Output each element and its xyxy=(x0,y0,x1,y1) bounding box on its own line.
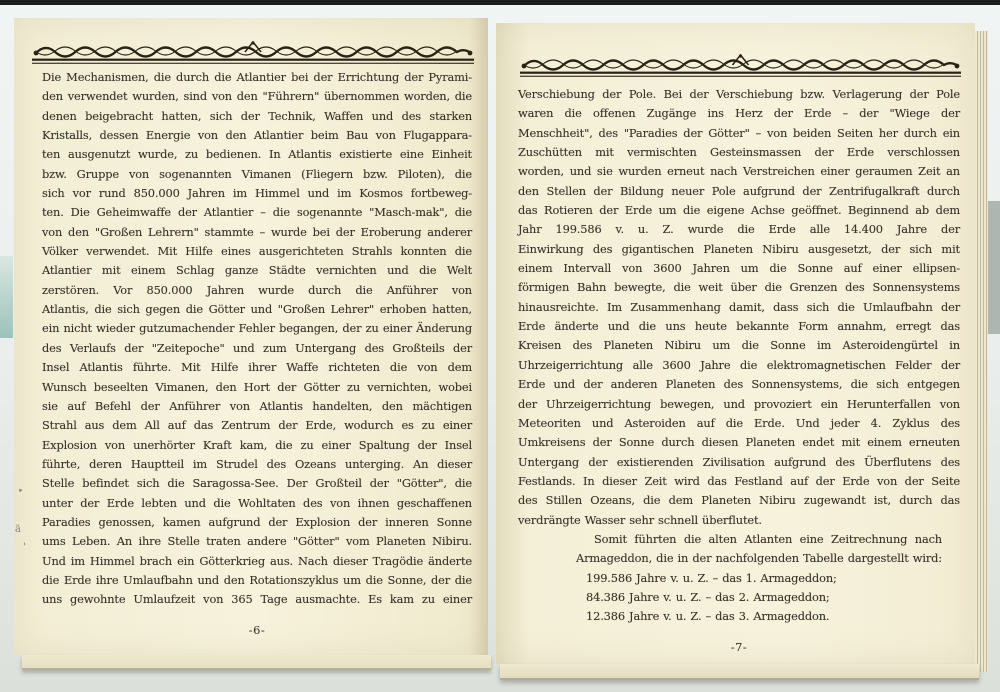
text-line: Meteoriten und Asteroiden auf die Erde. … xyxy=(518,414,960,433)
text-line: Festlands. In dieser Zeit wird das Festl… xyxy=(518,472,960,491)
text-line: denen beigebracht hatten, sich der Techn… xyxy=(42,107,472,126)
text-line: bzw. Gruppe von sogenannten Vimanen (Fli… xyxy=(42,165,472,184)
text-line: zerstören. Vor 850.000 Jahren wurde durc… xyxy=(42,281,472,300)
text-line: Armageddon, die in der nachfolgenden Tab… xyxy=(518,549,960,568)
text-line: förmigen Bahn bewegte, die weit über die… xyxy=(518,278,960,297)
text-line: des Verlaufs der "Zeitepoche" und zum Un… xyxy=(42,339,472,358)
ornament-band-icon xyxy=(32,40,474,66)
left-page-body: Die Mechanismen, die durch die Atlantier… xyxy=(42,68,472,637)
text-line: Verschiebung der Pole. Bei der Verschieb… xyxy=(518,85,960,104)
text-line: der Uhrzeigerrichtung bewegen, und provo… xyxy=(518,395,960,414)
text-line: Erde und der anderen Planeten des Sonnen… xyxy=(518,375,960,394)
text-line: Atlantier mit einem Schlag ganze Städte … xyxy=(42,261,472,280)
text-line: Untergang der existierenden Zivilisation… xyxy=(518,453,960,472)
text-line: 199.586 Jahre v. u. Z. – das 1. Armagedd… xyxy=(518,569,960,588)
page-number: -6- xyxy=(42,623,472,637)
right-page: Verschiebung der Pole. Bei der Verschieb… xyxy=(496,23,975,664)
text-line: unter der Erde lebten und die Wohltaten … xyxy=(42,494,472,513)
text-line: führte, deren Hauptteil im Strudel des O… xyxy=(42,455,472,474)
text-line: den verwendet wurden, sind von den "Führ… xyxy=(42,87,472,106)
text-line: Atlantis, die sich gegen die Götter und … xyxy=(42,300,472,319)
text-line: Erde änderte und die uns heute bekannte … xyxy=(518,317,960,336)
page-edge-stripes xyxy=(975,31,988,672)
text-line: Strahl aus dem All auf das Zentrum der E… xyxy=(42,416,472,435)
text-line: Zuschütten mit vermischten Gesteinsmasse… xyxy=(518,143,960,162)
text-line: Uhrzeigerrichtung alle 3600 Jahre die el… xyxy=(518,356,960,375)
text-line: verdrängte Wasser sehr schnell überflute… xyxy=(518,511,960,530)
scan-top-edge xyxy=(0,0,1000,5)
right-paragraph-end: verdrängte Wasser sehr schnell überflute… xyxy=(518,511,960,530)
text-line: hinausreichte. Im Zusammenhang damit, da… xyxy=(518,298,960,317)
scanner-left-object xyxy=(0,256,13,338)
text-line: Somit führten die alten Atlanten eine Ze… xyxy=(518,530,960,549)
text-line: ten ausgenutzt wurde, zu bedienen. In At… xyxy=(42,145,472,164)
text-line: 84.386 Jahre v. u. Z. – das 2. Armageddo… xyxy=(518,588,960,607)
margin-annotation-note: ä xyxy=(15,524,21,535)
margin-annotation-arrow: ‣ xyxy=(17,486,24,498)
text-line: Umkreisens der Sonne durch diesen Planet… xyxy=(518,433,960,452)
margin-annotation-tick: ' xyxy=(23,542,26,553)
text-line: Jahr 199.586 v. u. Z. wurde die Erde all… xyxy=(518,220,960,239)
text-line: Kreisen des Planeten Nibiru um die Sonne… xyxy=(518,336,960,355)
text-line: Explosion von unerhörter Kraft kam, die … xyxy=(42,436,472,455)
ornament-band-icon xyxy=(520,53,961,79)
text-line: Die Mechanismen, die durch die Atlantier… xyxy=(42,68,472,87)
text-line: sie auf Befehl der Anführer von Atlantis… xyxy=(42,397,472,416)
text-line: ten. Die Geheimwaffe der Atlantier – die… xyxy=(42,203,472,222)
text-line: Menschheit", des "Paradies der Götter" –… xyxy=(518,124,960,143)
text-line: Stelle befindet sich die Saragossa-See. … xyxy=(42,474,472,493)
armageddon-table: 199.586 Jahre v. u. Z. – das 1. Armagedd… xyxy=(518,569,960,627)
left-page: Die Mechanismen, die durch die Atlantier… xyxy=(14,18,488,655)
text-line: einem Intervall von 3600 Jahren um die S… xyxy=(518,259,960,278)
right-body-lines: Verschiebung der Pole. Bei der Verschieb… xyxy=(518,85,960,511)
text-line: von den "Großen Lehrern" stammte – wurde… xyxy=(42,223,472,242)
closing-paragraph: Somit führten die alten Atlanten eine Ze… xyxy=(518,530,960,569)
text-line: ein nicht wieder gutzumachender Fehler b… xyxy=(42,319,472,338)
text-line: sich vor rund 850.000 Jahren im Himmel u… xyxy=(42,184,472,203)
right-page-body: Verschiebung der Pole. Bei der Verschieb… xyxy=(518,85,960,654)
text-line: 12.386 Jahre v. u. Z. – das 3. Armageddo… xyxy=(518,607,960,626)
text-line: Einwirkung des gigantischen Planeten Nib… xyxy=(518,240,960,259)
text-line: Paradies genossen, kamen aufgrund der Ex… xyxy=(42,513,472,532)
left-body-lines: Die Mechanismen, die durch die Atlantier… xyxy=(42,68,472,610)
text-line: den Stellen der Bildung neuer Pole aufgr… xyxy=(518,182,960,201)
text-line: uns gewohnte Umlaufzeit von 365 Tage aus… xyxy=(42,590,472,609)
text-line: die Erde ihre Umlaufbahn und den Rotatio… xyxy=(42,571,472,590)
text-line: ums Leben. An ihre Stelle traten andere … xyxy=(42,532,472,551)
page-number: -7- xyxy=(518,640,960,654)
text-line: Kristalls, dessen Energie von den Atlant… xyxy=(42,126,472,145)
text-line: worden, und sie wurden erneut nach Verst… xyxy=(518,162,960,181)
text-line: Und im Himmel brach ein Götterkrieg aus.… xyxy=(42,552,472,571)
text-line: waren die offenen Zugänge ins Herz der E… xyxy=(518,104,960,123)
text-line: Völker verwendet. Mit Hilfe eines ausger… xyxy=(42,242,472,261)
text-line: Wunsch beseelten Vimanen, den Hort der G… xyxy=(42,378,472,397)
text-line: das Rotieren der Erde um die eigene Achs… xyxy=(518,201,960,220)
text-line: des Stillen Ozeans, die dem Planeten Nib… xyxy=(518,491,960,510)
text-line: Insel Atlantis führte. Mit Hilfe ihrer W… xyxy=(42,358,472,377)
